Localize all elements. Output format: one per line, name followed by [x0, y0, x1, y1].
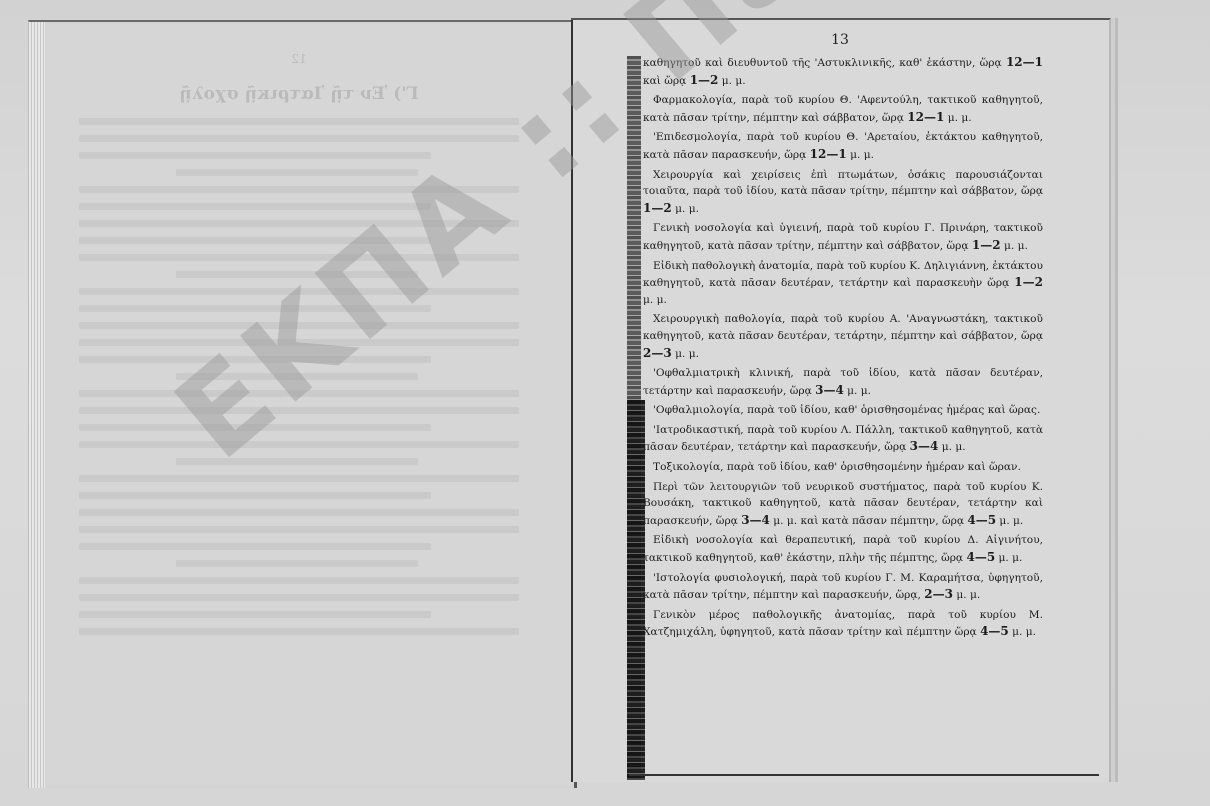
show-through-line [79, 254, 519, 261]
hour-range: 4—5 [980, 624, 1009, 638]
show-through-page-number: 12 [79, 52, 519, 66]
hour-range: 12—1 [907, 110, 944, 124]
schedule-entry: καθηγητοῦ καὶ διευθυντοῦ τῆς 'Αστυκλινικ… [643, 54, 1043, 89]
gutter-shadow [571, 20, 573, 782]
entry-text: μ. μ. [1001, 240, 1028, 252]
entry-text: μ. μ. [847, 149, 874, 161]
entry-text: καὶ ὥρᾳ [643, 75, 690, 87]
hour-range: 1—2 [972, 238, 1001, 252]
schedule-entry: Τοξικολογία, παρὰ τοῦ ἰδίου, καθ' ὁρισθη… [643, 459, 1043, 476]
left-page: 12 Γ') Ἐν τῇ Ἰατρικῇ σχολῇ [28, 20, 577, 788]
entry-text: μ. μ. [643, 294, 667, 306]
show-through-line [176, 560, 418, 567]
show-through-line [176, 271, 418, 278]
schedule-entry: Φαρμακολογία, παρὰ τοῦ κυρίου Θ. 'Αφεντο… [643, 92, 1043, 126]
show-through-line [79, 135, 519, 142]
show-through-line [79, 509, 519, 516]
entry-text: μ. μ. [844, 385, 871, 397]
hour-range: 3—4 [741, 513, 770, 527]
entry-text: μ. μ. [672, 348, 699, 360]
show-through-line [79, 305, 431, 312]
page-bottom-edge [629, 774, 1099, 776]
entry-text: Τοξικολογία, παρὰ τοῦ ἰδίου, καθ' ὁρισθη… [653, 461, 1021, 473]
schedule-entry: Γενικὴ νοσολογία καὶ ὑγιεινή, παρὰ τοῦ κ… [643, 220, 1043, 254]
hour-range: 12—1 [810, 147, 847, 161]
show-through-line [79, 611, 431, 618]
entry-text: 'Οφθαλμιολογία, παρὰ τοῦ ἰδίου, καθ' ὁρι… [653, 404, 1040, 416]
hour-range: 4—5 [966, 550, 995, 564]
show-through-title: Γ') Ἐν τῇ Ἰατρικῇ σχολῇ [79, 84, 519, 104]
right-page: 13 καθηγητοῦ καὶ διευθυντοῦ τῆς 'Αστυκλι… [571, 18, 1111, 782]
hour-range: 3—4 [910, 439, 939, 453]
entry-text: μ. μ. [672, 203, 699, 215]
entry-text: 'Ιστολογία φυσιολογική, παρὰ τοῦ κυρίου … [643, 572, 1043, 602]
hour-range: 1—2 [1014, 275, 1043, 289]
show-through-line [79, 339, 519, 346]
show-through-line [79, 152, 431, 159]
course-schedule-text: καθηγητοῦ καὶ διευθυντοῦ τῆς 'Αστυκλινικ… [643, 54, 1043, 644]
show-through-line [79, 220, 519, 227]
show-through-line [79, 628, 519, 635]
show-through-line [79, 407, 519, 414]
hour-range: 3—4 [815, 383, 844, 397]
entry-text: μ. μ. [718, 75, 745, 87]
hour-range: 12—1 [1006, 55, 1043, 69]
show-through-line [176, 169, 418, 176]
schedule-entry: Χειρουργικὴ παθολογία, παρὰ τοῦ κυρίου Α… [643, 311, 1043, 362]
show-through-line [79, 390, 519, 397]
show-through-line [79, 237, 431, 244]
entry-text: Χειρουργικὴ παθολογία, παρὰ τοῦ κυρίου Α… [643, 313, 1043, 342]
entry-text: μ. μ. [938, 441, 965, 453]
hour-range: 1—2 [643, 201, 672, 215]
show-through-line [79, 543, 431, 550]
show-through-line [79, 441, 519, 448]
show-through-line [79, 594, 519, 601]
entry-text: 'Ιατροδικαστική, παρὰ τοῦ κυρίου Λ. Πάλλ… [643, 424, 1043, 454]
show-through-line [79, 424, 431, 431]
hour-range: 1—2 [690, 73, 719, 87]
hour-range: 2—3 [643, 346, 672, 360]
schedule-entry: Περὶ τῶν λειτουργιῶν τοῦ νευρικοῦ συστήμ… [643, 479, 1043, 530]
schedule-entry: 'Ιατροδικαστική, παρὰ τοῦ κυρίου Λ. Πάλλ… [643, 422, 1043, 456]
show-through-line [79, 475, 519, 482]
entry-text: μ. μ. [944, 112, 971, 124]
show-through-line [79, 203, 431, 210]
show-through-text: 12 Γ') Ἐν τῇ Ἰατρικῇ σχολῇ [79, 52, 519, 645]
schedule-entry: Χειρουργία καὶ χειρίσεις ἐπὶ πτωμάτων, ὁ… [643, 167, 1043, 218]
show-through-line [79, 322, 519, 329]
show-through-line [79, 186, 519, 193]
entry-text: μ. μ. καὶ κατὰ πᾶσαν πέμπτην, ὥρᾳ [770, 515, 967, 527]
schedule-entry: 'Οφθαλμιατρικὴ κλινική, παρὰ τοῦ ἰδίου, … [643, 365, 1043, 399]
entry-text: μ. μ. [995, 552, 1022, 564]
entry-text: μ. μ. [1009, 626, 1036, 638]
entry-text: καθηγητοῦ καὶ διευθυντοῦ τῆς 'Αστυκλινικ… [643, 57, 1006, 69]
show-through-line [79, 577, 519, 584]
entry-text: μ. μ. [996, 515, 1023, 527]
hour-range: 4—5 [967, 513, 996, 527]
schedule-entry: 'Επιδεσμολογία, παρὰ τοῦ κυρίου Θ. 'Αρετ… [643, 129, 1043, 163]
show-through-line [79, 356, 431, 363]
show-through-line [79, 118, 519, 125]
entry-text: μ. μ. [953, 589, 980, 601]
entry-text: Χειρουργία καὶ χειρίσεις ἐπὶ πτωμάτων, ὁ… [643, 169, 1043, 198]
show-through-line [176, 373, 418, 380]
hour-range: 2—3 [924, 587, 953, 601]
show-through-line [79, 288, 519, 295]
schedule-entry: 'Ιστολογία φυσιολογική, παρὰ τοῦ κυρίου … [643, 570, 1043, 604]
schedule-entry: Εἰδικὴ νοσολογία καὶ θεραπευτική, παρὰ τ… [643, 532, 1043, 566]
show-through-line [79, 492, 431, 499]
page-number: 13 [571, 32, 1109, 48]
schedule-entry: Εἰδικὴ παθολογικὴ ἀνατομία, παρὰ τοῦ κυρ… [643, 258, 1043, 309]
entry-text: Φαρμακολογία, παρὰ τοῦ κυρίου Θ. 'Αφεντο… [643, 94, 1043, 124]
show-through-line [176, 458, 418, 465]
entry-text: Εἰδικὴ παθολογικὴ ἀνατομία, παρὰ τοῦ κυρ… [643, 260, 1043, 290]
schedule-entry: 'Οφθαλμιολογία, παρὰ τοῦ ἰδίου, καθ' ὁρι… [643, 402, 1043, 419]
page-stack-edge [29, 22, 45, 788]
schedule-entry: Γενικὸν μέρος παθολογικῆς ἀνατομίας, παρ… [643, 607, 1043, 641]
show-through-line [79, 526, 519, 533]
